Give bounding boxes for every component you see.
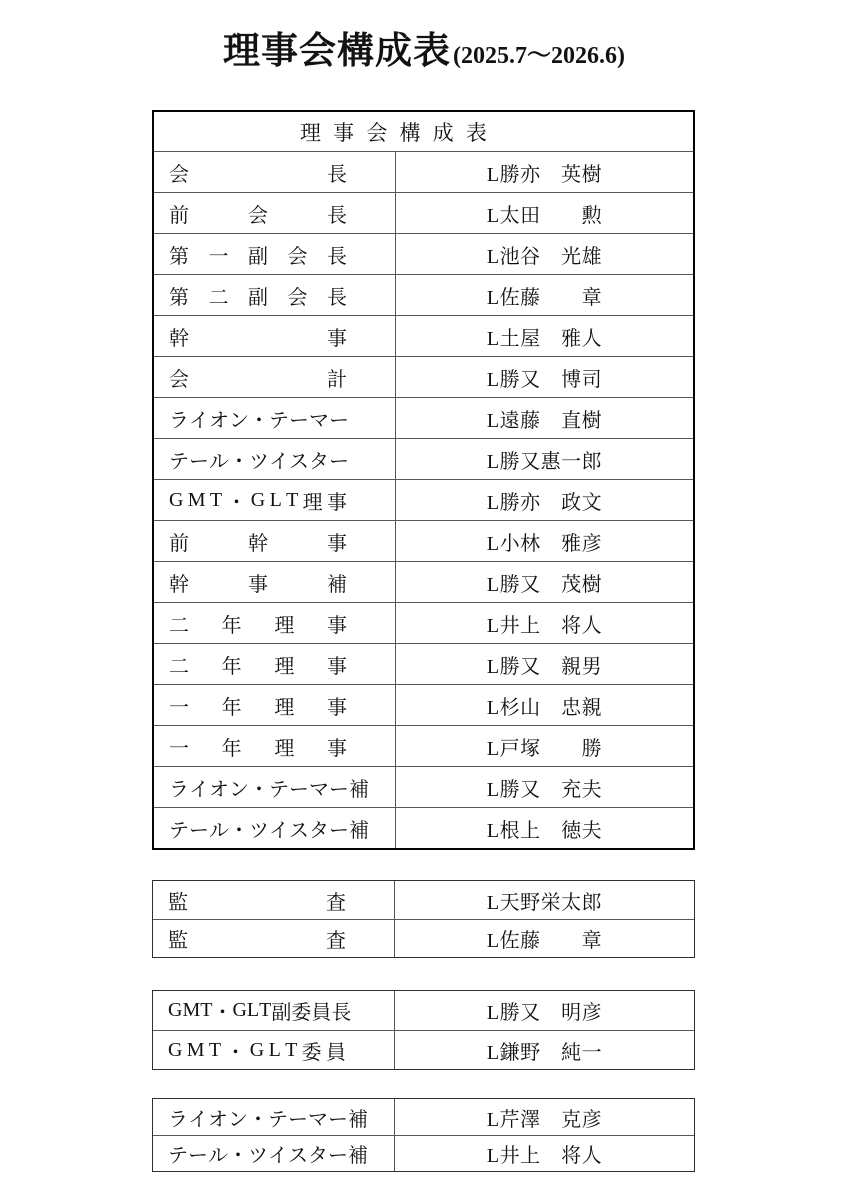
role-cell: 一年理事: [154, 726, 396, 766]
title-text: 理事会構成表: [223, 20, 451, 74]
table-row: ライオン・テーマー補 L芹澤 克彦: [153, 1099, 694, 1135]
role-cell: 監査: [153, 881, 395, 919]
table-row: 第二副会長 L佐藤 章: [154, 274, 693, 315]
role-cell: 監査: [153, 920, 395, 957]
name-cell: L戸塚 勝: [396, 726, 693, 766]
name-cell: L勝又 親男: [396, 644, 693, 684]
table-row: GMT・GLT理事 L勝亦 政文: [154, 479, 693, 520]
name-cell: L根上 徳夫: [396, 808, 693, 848]
name-cell: L杉山 忠親: [396, 685, 693, 725]
name-cell: L土屋 雅人: [396, 316, 693, 356]
name-cell: L井上 将人: [395, 1136, 694, 1171]
role-cell: 二年理事: [154, 603, 396, 643]
table-row: 会計 L勝又 博司: [154, 356, 693, 397]
name-cell: L鎌野 純一: [395, 1031, 694, 1069]
table-row: 第一副会長 L池谷 光雄: [154, 233, 693, 274]
name-cell: L勝又 明彦: [395, 991, 694, 1030]
name-cell: L勝亦 政文: [396, 480, 693, 520]
role-cell: テール・ツイスター補: [153, 1136, 395, 1171]
name-cell: L佐藤 章: [395, 920, 694, 957]
table-row: ライオン・テーマー L遠藤 直樹: [154, 397, 693, 438]
title-period: (2025.7～2026.6): [453, 35, 625, 70]
table-row: 二年理事 L井上 将人: [154, 602, 693, 643]
role-cell: 幹事補: [154, 562, 396, 602]
document-page: 理事会構成表(2025.7～2026.6) 理事会構成表 会長 L勝亦 英樹 前…: [0, 0, 848, 1200]
name-cell: L天野栄太郎: [395, 881, 694, 919]
role-cell: 第一副会長: [154, 234, 396, 274]
role-cell: ライオン・テーマー補: [153, 1099, 395, 1135]
table-row: 監査 L天野栄太郎: [153, 881, 694, 919]
table-header: 理事会構成表: [154, 112, 693, 151]
table-row: 幹事 L土屋 雅人: [154, 315, 693, 356]
gmt-glt-table: GMT・GLT副委員長 L勝又 明彦 GMT・GLT委員 L鎌野 純一: [152, 990, 695, 1070]
name-cell: L勝又 茂樹: [396, 562, 693, 602]
table-row: 二年理事 L勝又 親男: [154, 643, 693, 684]
table-row: テール・ツイスター補 L井上 将人: [153, 1135, 694, 1171]
role-cell: ライオン・テーマー補: [154, 767, 396, 807]
table-row: 幹事補 L勝又 茂樹: [154, 561, 693, 602]
document-title: 理事会構成表(2025.7～2026.6): [0, 20, 848, 74]
role-cell: 二年理事: [154, 644, 396, 684]
name-cell: L佐藤 章: [396, 275, 693, 315]
name-cell: L芹澤 克彦: [395, 1099, 694, 1135]
table-row: GMT・GLT副委員長 L勝又 明彦: [153, 991, 694, 1030]
role-cell: 第二副会長: [154, 275, 396, 315]
name-cell: L小林 雅彦: [396, 521, 693, 561]
role-cell: 前会長: [154, 193, 396, 233]
name-cell: L池谷 光雄: [396, 234, 693, 274]
name-cell: L井上 将人: [396, 603, 693, 643]
role-cell: GMT・GLT副委員長: [153, 991, 395, 1030]
name-cell: L勝又惠一郎: [396, 439, 693, 479]
table-row: 監査 L佐藤 章: [153, 919, 694, 957]
table-row: GMT・GLT委員 L鎌野 純一: [153, 1030, 694, 1069]
audit-table: 監査 L天野栄太郎 監査 L佐藤 章: [152, 880, 695, 958]
role-cell: ライオン・テーマー: [154, 398, 396, 438]
board-composition-table: 理事会構成表 会長 L勝亦 英樹 前会長 L太田 勲 第一副会長 L池谷 光雄 …: [152, 110, 695, 850]
role-cell: 幹事: [154, 316, 396, 356]
role-cell: テール・ツイスター補: [154, 808, 396, 848]
role-cell: 会計: [154, 357, 396, 397]
role-cell: GMT・GLT理事: [154, 480, 396, 520]
name-cell: L遠藤 直樹: [396, 398, 693, 438]
role-cell: 前幹事: [154, 521, 396, 561]
role-cell: 一年理事: [154, 685, 396, 725]
name-cell: L勝又 充夫: [396, 767, 693, 807]
name-cell: L太田 勲: [396, 193, 693, 233]
name-cell: L勝亦 英樹: [396, 152, 693, 192]
table-row: 一年理事 L戸塚 勝: [154, 725, 693, 766]
name-cell: L勝又 博司: [396, 357, 693, 397]
table-row: 一年理事 L杉山 忠親: [154, 684, 693, 725]
role-cell: GMT・GLT委員: [153, 1031, 395, 1069]
role-cell: 会長: [154, 152, 396, 192]
role-cell: テール・ツイスター: [154, 439, 396, 479]
table-row: テール・ツイスター L勝又惠一郎: [154, 438, 693, 479]
table-row: 会長 L勝亦 英樹: [154, 151, 693, 192]
table-row: 前幹事 L小林 雅彦: [154, 520, 693, 561]
table-row: テール・ツイスター補 L根上 徳夫: [154, 807, 693, 848]
table-row: 前会長 L太田 勲: [154, 192, 693, 233]
table-row: ライオン・テーマー補 L勝又 充夫: [154, 766, 693, 807]
deputy-table: ライオン・テーマー補 L芹澤 克彦 テール・ツイスター補 L井上 将人: [152, 1098, 695, 1172]
